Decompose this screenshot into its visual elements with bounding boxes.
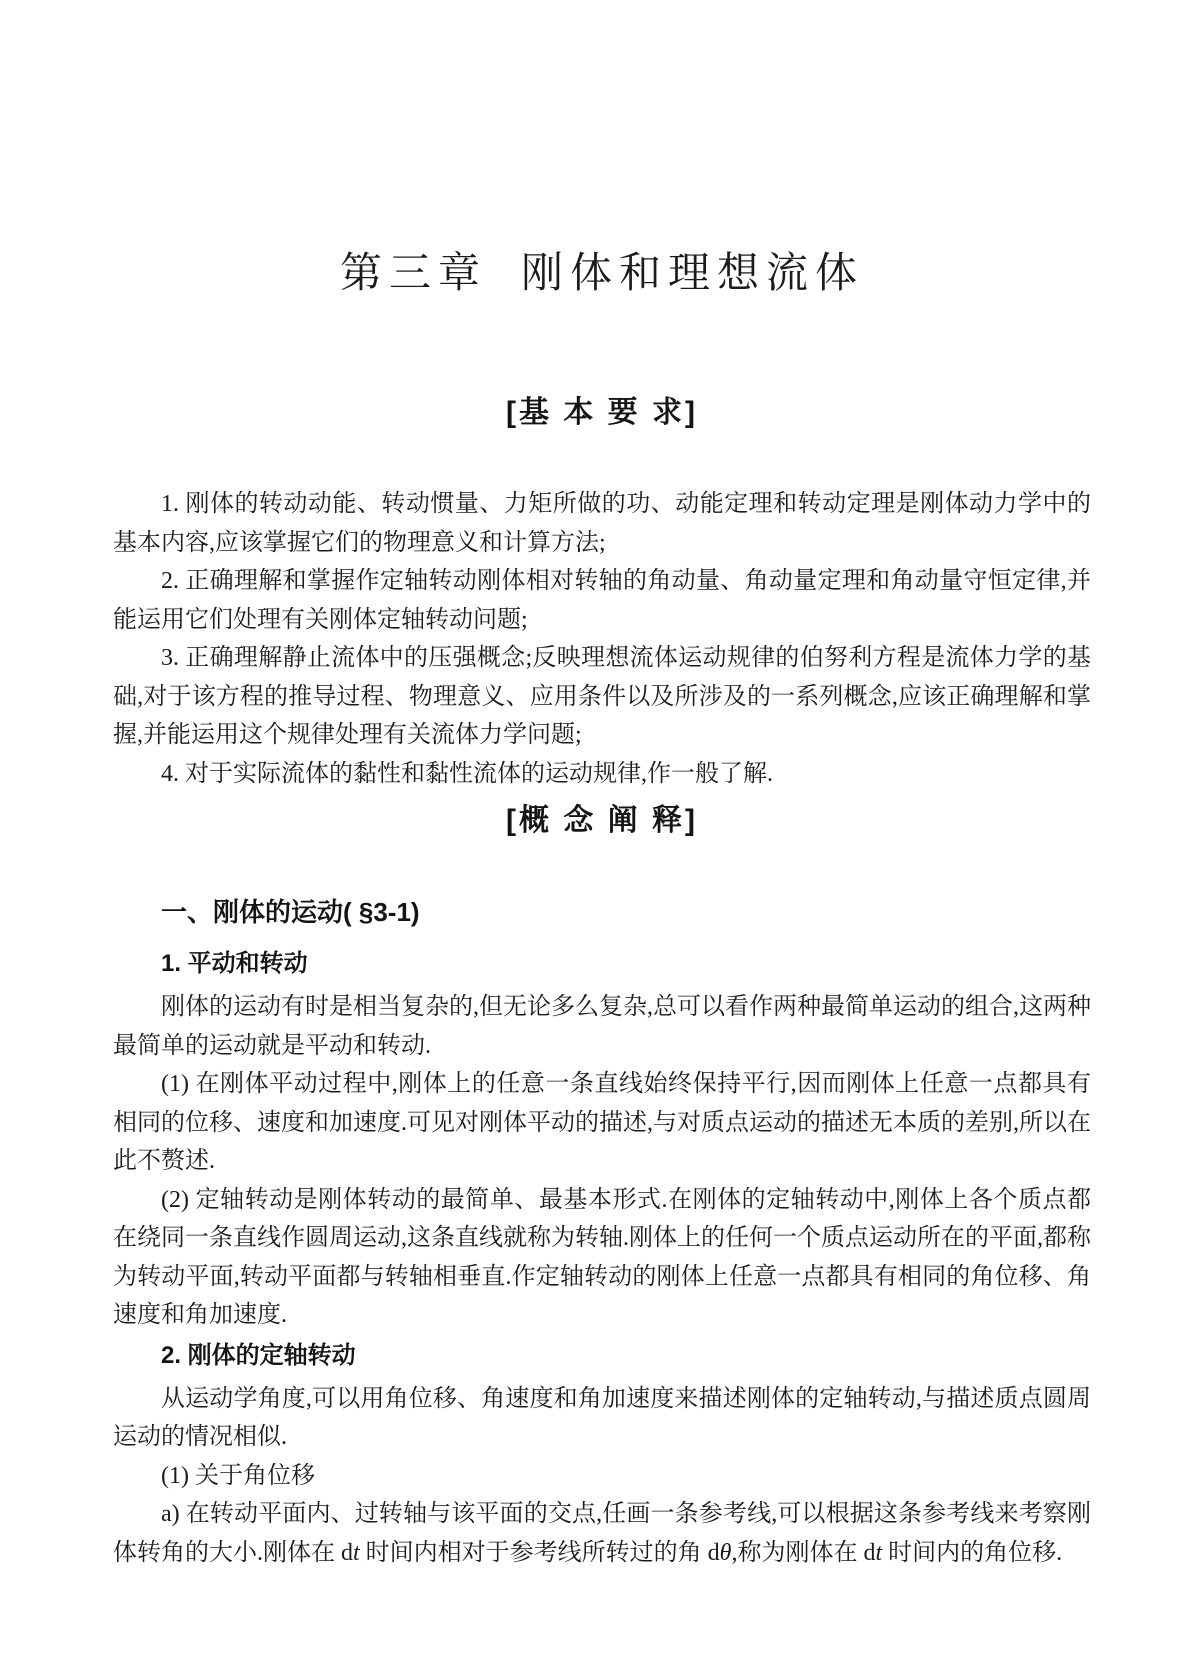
requirement-item-2: 2. 正确理解和掌握作定轴转动刚体相对转轴的角动量、角动量定理和角动量守恒定律,…: [113, 562, 1091, 639]
chapter-title: 第三章刚体和理想流体: [113, 252, 1091, 296]
section-heading-concept-explanation: [概 念 阐 释]: [113, 803, 1091, 839]
paragraph-angular-displacement: a) 在转动平面内、过转轴与该平面的交点,任画一条参考线,可以根据这条参考线来考…: [113, 1495, 1091, 1572]
topic-heading-fixed-axis-rotation: 2. 刚体的定轴转动: [113, 1341, 1091, 1371]
text-segment: 时间内的角位移.: [882, 1540, 1062, 1566]
text-segment: ,称为刚体在: [731, 1540, 863, 1566]
text-segment: 时间内相对于参考线所转过的角: [360, 1540, 708, 1566]
math-variable-t: t: [353, 1540, 360, 1566]
subsection-heading-rigid-body-motion: 一、刚体的运动( §3-1): [113, 895, 1091, 929]
textbook-page: 第三章刚体和理想流体 [基 本 要 求] 1. 刚体的转动动能、转动惯量、力矩所…: [0, 0, 1203, 1675]
item-heading-angular-displacement: (1) 关于角位移: [113, 1457, 1091, 1496]
basic-requirements-section: 1. 刚体的转动动能、转动惯量、力矩所做的功、动能定理和转动定理是刚体动力学中的…: [113, 485, 1091, 793]
paragraph-rigid-body-motion-intro: 刚体的运动有时是相当复杂的,但无论多么复杂,总可以看作两种最简单运动的组合,这两…: [113, 988, 1091, 1065]
chapter-name: 刚体和理想流体: [521, 251, 864, 297]
requirement-item-1: 1. 刚体的转动动能、转动惯量、力矩所做的功、动能定理和转动定理是刚体动力学中的…: [113, 485, 1091, 562]
math-differential-d: d: [863, 1540, 875, 1566]
math-differential-d: d: [341, 1540, 353, 1566]
paragraph-translation: (1) 在刚体平动过程中,刚体上的任意一条直线始终保持平行,因而刚体上任意一点都…: [113, 1065, 1091, 1181]
translation-rotation-section: 刚体的运动有时是相当复杂的,但无论多么复杂,总可以看作两种最简单运动的组合,这两…: [113, 988, 1091, 1335]
section-heading-basic-requirements: [基 本 要 求]: [113, 395, 1091, 431]
requirement-item-3: 3. 正确理解静止流体中的压强概念;反映理想流体运动规律的伯努利方程是流体力学的…: [113, 639, 1091, 755]
topic-heading-translation-and-rotation: 1. 平动和转动: [113, 949, 1091, 979]
paragraph-kinematics-intro: 从运动学角度,可以用角位移、角速度和角加速度来描述刚体的定轴转动,与描述质点圆周…: [113, 1380, 1091, 1457]
paragraph-fixed-axis-rotation-description: (2) 定轴转动是刚体转动的最简单、最基本形式.在刚体的定轴转动中,刚体上各个质…: [113, 1181, 1091, 1335]
math-differential-d: d: [708, 1540, 720, 1566]
chapter-number: 第三章: [340, 251, 487, 297]
math-variable-theta: θ: [720, 1540, 732, 1566]
fixed-axis-rotation-section: 从运动学角度,可以用角位移、角速度和角加速度来描述刚体的定轴转动,与描述质点圆周…: [113, 1380, 1091, 1573]
requirement-item-4: 4. 对于实际流体的黏性和黏性流体的运动规律,作一般了解.: [113, 755, 1091, 794]
